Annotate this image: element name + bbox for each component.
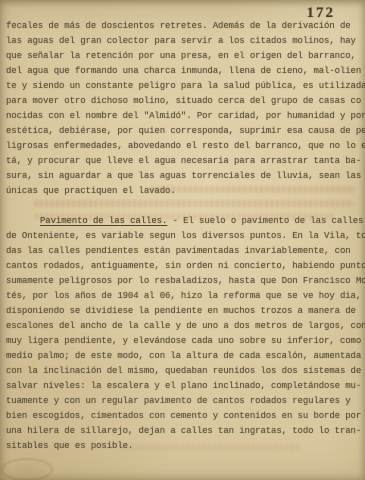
text-line: una hilera de sillarejo, dejan a calles … — [6, 424, 360, 439]
section-heading: Pavimento de las calles. — [40, 216, 167, 226]
text-line: medio palmo; de este modo, con la altura… — [6, 349, 360, 364]
text-line: sitables que es posible. — [6, 439, 360, 454]
text-line: del agua que formando una charca inmunda… — [6, 64, 360, 79]
text-line: para mover otro dichoso molino, situado … — [6, 94, 360, 109]
text-line: que señalar la retención por una presa, … — [6, 49, 360, 64]
faded-stamp-mark — [1, 458, 53, 480]
text-line: tá, y procurar que lleve el agua necesar… — [6, 154, 360, 169]
text-line: te y siendo un constante peligro para la… — [6, 79, 360, 94]
text-line: ligrosas enfermedades, abovedando el res… — [6, 139, 360, 154]
text-line: disponiendo se dividiese la pendiente en… — [6, 304, 360, 319]
text-line: estética, debiérase, por quien correspon… — [6, 124, 360, 139]
text-line: nocidas con el nombre del "Almidó". Por … — [6, 109, 360, 124]
text-line: fecales de más de doscientos retretes. A… — [6, 19, 360, 34]
text-line: únicas que practiquen el lavado. — [6, 184, 360, 199]
text-line: de Onteniente, es variable segun los div… — [6, 229, 360, 244]
text-line: con la inclinación del mismo, quedaban r… — [6, 364, 360, 379]
text-line: cantos rodados, antiguamente, sin orden … — [6, 259, 360, 274]
text-line: salvar niveles: la escalera y el plano i… — [6, 379, 360, 394]
text-line: bien escogidos, cimentados con cemento y… — [6, 409, 360, 424]
text-line: escalones del ancho de la calle y de uno… — [6, 319, 360, 334]
heading-continuation: - El suelo o pavimento de las calles — [167, 216, 363, 226]
text-line: sura, sin aguardar a que las aguas torre… — [6, 169, 360, 184]
text-line: muy ligera pendiente, y elevándose cada … — [6, 334, 360, 349]
text-line: das las calles pendientes están paviment… — [6, 244, 360, 259]
scanned-document-page: { "page": { "number": "172", "heading": … — [0, 0, 365, 480]
text-line: las aguas del gran colector para servir … — [6, 34, 360, 49]
section-heading-line: Pavimento de las calles. - El suelo o pa… — [6, 214, 360, 229]
typewritten-text-block: fecales de más de doscientos retretes. A… — [6, 19, 360, 454]
text-line: tuamente y con un regular pavimento de c… — [6, 394, 360, 409]
text-line: sumamente peligrosos por lo resbaladizos… — [6, 274, 360, 289]
text-line: tés, por los años de 1904 al 06, hizo la… — [6, 289, 360, 304]
